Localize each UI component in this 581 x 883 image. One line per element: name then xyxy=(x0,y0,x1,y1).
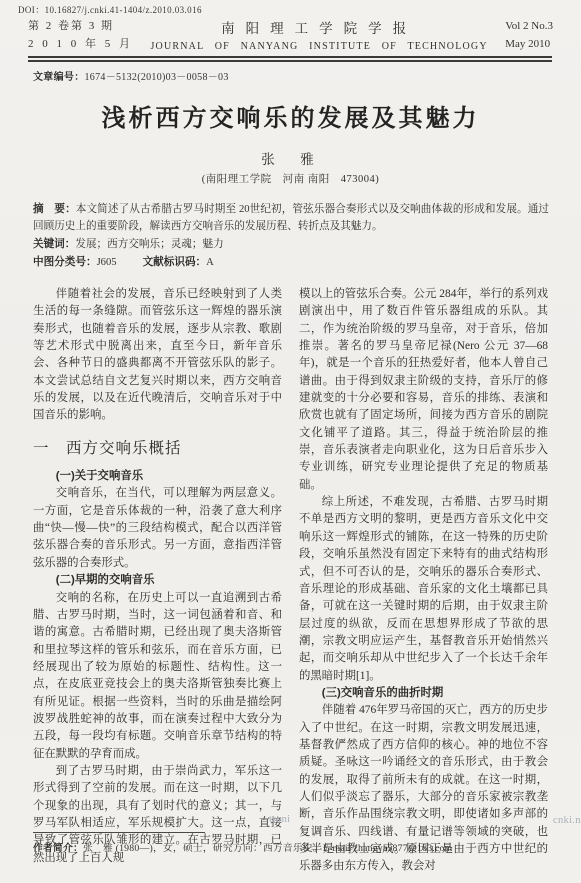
clc-label: 中图分类号： xyxy=(33,256,97,268)
left-column: 伴随着社会的发展，音乐已经映射到了人类生活的每一条缝隙。而管弦乐这一辉煌的器乐演… xyxy=(33,286,282,876)
paragraph: 交响的名称，在历史上可以一直追溯到古希腊、古罗马时期，当时，这一词包涵着和音、和… xyxy=(33,590,282,763)
article-meta: 摘 要：本文简述了从古希腊古罗马时期至 20世纪初，管弦乐器合奏形式以及交响曲体… xyxy=(33,201,549,271)
subsection-heading: (三)交响音乐的曲折时期 xyxy=(299,685,548,702)
document-code-value: A xyxy=(206,257,214,268)
footnote-rule xyxy=(33,832,205,833)
publication-date-cn: 2 0 1 0 年 5 月 xyxy=(28,35,133,53)
page-footer: 作者简介：张 雅 (1980—)，女，硕士，研究方向：西方音乐史。E-mail … xyxy=(33,832,551,854)
subsection-heading: (二)早期的交响音乐 xyxy=(33,572,282,589)
clc-value: J605 xyxy=(97,257,117,268)
abstract: 摘 要：本文简述了从古希腊古罗马时期至 20世纪初，管弦乐器合奏形式以及交响曲体… xyxy=(33,201,549,235)
masthead-right: Vol 2 No.3 May 2010 xyxy=(505,17,553,53)
subsection-heading: (一)关于交响音乐 xyxy=(33,468,282,485)
author-bio-text: 张 雅 (1980—)，女，硕士，研究方向：西方音乐史。E-mail zhang… xyxy=(83,843,452,854)
author-affiliation: (南阳理工学院 河南 南阳 473004) xyxy=(0,171,581,186)
keywords-text: 发展；西方交响乐；灵魂；魅力 xyxy=(75,239,223,250)
journal-title-en: JOURNAL OF NANYANG INSTITUTE OF TECHNOLO… xyxy=(141,41,497,52)
journal-masthead: 第 2 卷第 3 期 2 0 1 0 年 5 月 南阳理工学院学报 JOURNA… xyxy=(28,17,553,53)
volume-issue-en: Vol 2 No.3 xyxy=(505,17,553,35)
author-bio-label: 作者简介： xyxy=(33,843,83,854)
paragraph: 综上所述，不难发现，古希腊、古罗马时期不单是西方文明的黎明，更是西方音乐文化中交… xyxy=(299,494,548,685)
document-code-label: 文献标识码： xyxy=(143,256,207,268)
journal-title-cn: 南阳理工学院学报 xyxy=(141,17,497,37)
keywords-label: 关键词： xyxy=(33,238,75,250)
masthead-center: 南阳理工学院学报 JOURNAL OF NANYANG INSTITUTE OF… xyxy=(133,17,505,52)
watermark-fragment: cnki.n xyxy=(553,815,581,826)
paragraph: 伴随着社会的发展，音乐已经映射到了人类生活的每一条缝隙。而管弦乐这一辉煌的器乐演… xyxy=(33,286,282,425)
article-body: 伴随着社会的发展，音乐已经映射到了人类生活的每一条缝隙。而管弦乐这一辉煌的器乐演… xyxy=(33,286,548,876)
publication-date-en: May 2010 xyxy=(505,35,553,53)
volume-issue-cn: 第 2 卷第 3 期 xyxy=(28,17,133,35)
author-name: 张 雅 xyxy=(0,148,581,168)
article-number-label: 文章编号： xyxy=(33,72,85,83)
article-number-value: 1674－5132(2010)03－0058－03 xyxy=(85,72,229,83)
keywords: 关键词：发展；西方交响乐；灵魂；魅力 xyxy=(33,236,549,253)
article-number: 文章编号：1674－5132(2010)03－0058－03 xyxy=(33,68,229,83)
header-divider-rule xyxy=(28,56,552,62)
right-column: 模以上的管弦乐合奏。公元 284年，举行的系列戏剧演出中，用了数百件管乐器组成的… xyxy=(299,286,548,876)
abstract-label: 摘 要： xyxy=(33,203,76,215)
section-heading: 一 西方交响乐概括 xyxy=(33,440,282,457)
journal-article-page: DOI：10.16827/j.cnki.41-1404/z.2010.03.01… xyxy=(0,0,581,883)
author-bio-footnote: 作者简介：张 雅 (1980—)，女，硕士，研究方向：西方音乐史。E-mail … xyxy=(33,840,551,854)
masthead-left: 第 2 卷第 3 期 2 0 1 0 年 5 月 xyxy=(28,17,133,53)
paragraph-continued: 模以上的管弦乐合奏。公元 284年，举行的系列戏剧演出中，用了数百件管乐器组成的… xyxy=(299,286,548,494)
abstract-text: 本文简述了从古希腊古罗马时期至 20世纪初，管弦乐器合奏形式以及交响曲体裁的形成… xyxy=(33,204,549,232)
paragraph: 交响音乐，在当代，可以理解为两层意义。一方面，它是音乐体裁的一种，沿袭了意大利序… xyxy=(33,485,282,572)
doi-line: DOI：10.16827/j.cnki.41-1404/z.2010.03.01… xyxy=(18,3,202,16)
clc-line: 中图分类号：J605文献标识码：A xyxy=(33,254,549,271)
page-title: 浅析西方交响乐的发展及其魅力 xyxy=(0,98,581,133)
